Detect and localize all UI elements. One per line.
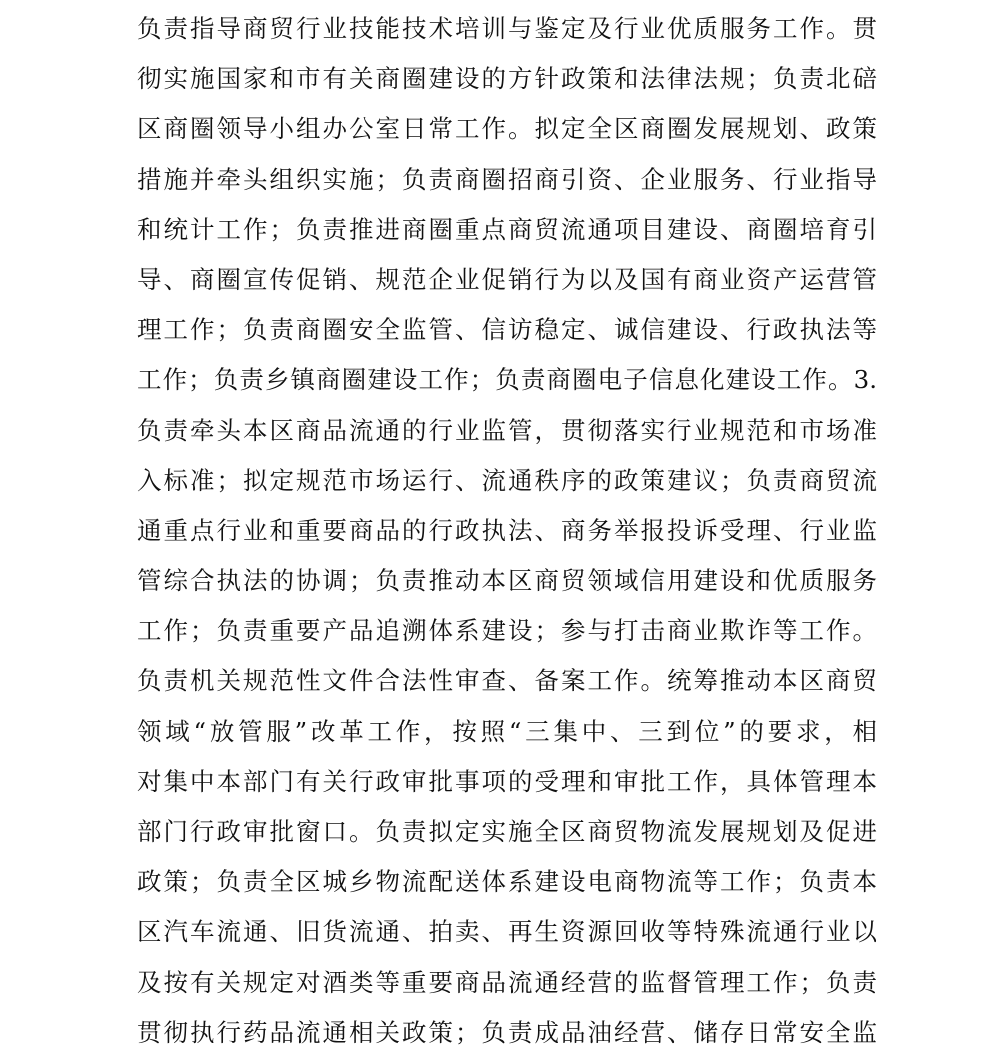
text-line: 导、商圈宣传促销、规范企业促销行为以及国有商业资产运营管 (137, 255, 877, 305)
text-line: 和统计工作；负责推进商圈重点商贸流通项目建设、商圈培育引 (137, 205, 877, 255)
text-line: 政策；负责全区城乡物流配送体系建设电商物流等工作；负责本 (137, 857, 877, 907)
text-line: 理工作；负责商圈安全监管、信访稳定、诚信建设、行政执法等 (137, 305, 877, 355)
text-line: 对集中本部门有关行政审批事项的受理和审批工作，具体管理本 (137, 757, 877, 807)
text-line: 负责机关规范性文件合法性审查、备案工作。统筹推动本区商贸 (137, 656, 877, 706)
text-line: 工作；负责重要产品追溯体系建设；参与打击商业欺诈等工作。 (137, 606, 877, 656)
text-line: 领域“放管服”改革工作，按照“三集中、三到位”的要求，相 (137, 707, 877, 757)
text-line: 工作；负责乡镇商圈建设工作；负责商圈电子信息化建设工作。3. (137, 355, 877, 405)
text-line: 部门行政审批窗口。负责拟定实施全区商贸物流发展规划及促进 (137, 807, 877, 857)
text-line: 负责指导商贸行业技能技术培训与鉴定及行业优质服务工作。贯 (137, 4, 877, 54)
text-line: 负责牵头本区商品流通的行业监管，贯彻落实行业规范和市场准 (137, 406, 877, 456)
text-line: 措施并牵头组织实施；负责商圈招商引资、企业服务、行业指导 (137, 155, 877, 205)
text-line: 入标准；拟定规范市场运行、流通秩序的政策建议；负责商贸流 (137, 456, 877, 506)
text-line: 贯彻执行药品流通相关政策；负责成品油经营、储存日常安全监 (137, 1008, 877, 1058)
text-line: 管综合执法的协调；负责推动本区商贸领域信用建设和优质服务 (137, 556, 877, 606)
text-line: 通重点行业和重要商品的行政执法、商务举报投诉受理、行业监 (137, 506, 877, 556)
text-line: 及按有关规定对酒类等重要商品流通经营的监督管理工作；负责 (137, 958, 877, 1008)
document-page: 负责指导商贸行业技能技术培训与鉴定及行业优质服务工作。贯 彻实施国家和市有关商圈… (0, 0, 1000, 1059)
text-line: 彻实施国家和市有关商圈建设的方针政策和法律法规；负责北碚 (137, 54, 877, 104)
body-paragraph: 负责指导商贸行业技能技术培训与鉴定及行业优质服务工作。贯 彻实施国家和市有关商圈… (137, 4, 877, 1058)
text-line: 区商圈领导小组办公室日常工作。拟定全区商圈发展规划、政策 (137, 104, 877, 154)
text-line: 区汽车流通、旧货流通、拍卖、再生资源回收等特殊流通行业以 (137, 907, 877, 957)
